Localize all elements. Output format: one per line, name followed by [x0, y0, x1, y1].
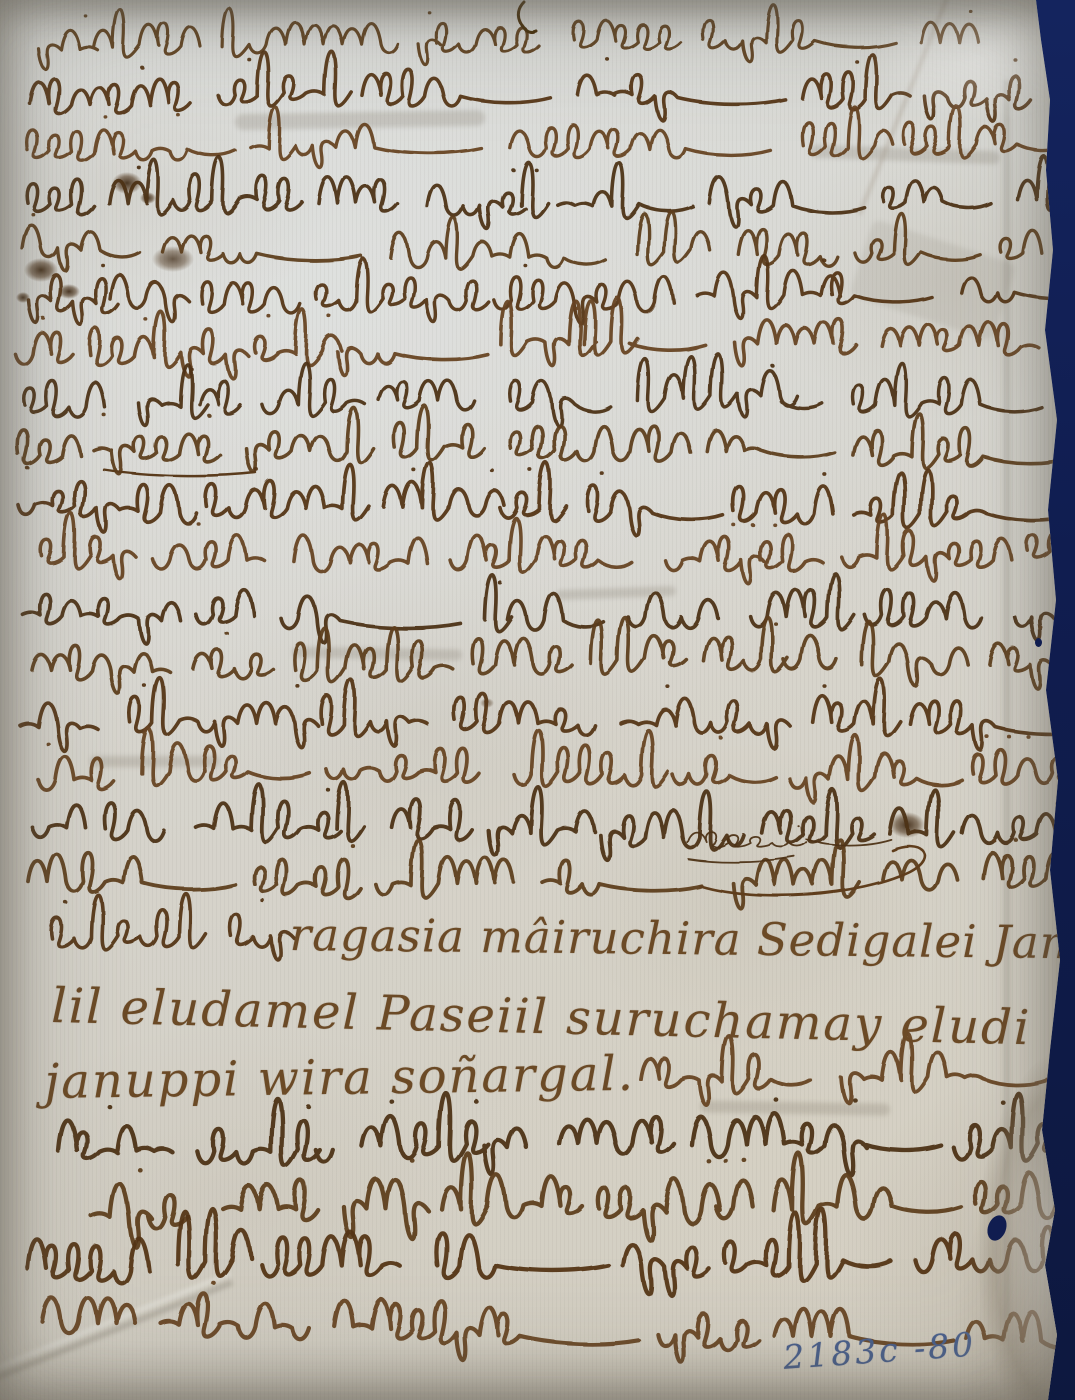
paper-sheet: ragasia mâiruchira Sedigalei Jama lil el… [0, 0, 1075, 1400]
photo-vignette [0, 0, 1075, 1400]
paper-edge-notch [1035, 638, 1042, 647]
manuscript-photograph: ragasia mâiruchira Sedigalei Jama lil el… [0, 0, 1075, 1400]
